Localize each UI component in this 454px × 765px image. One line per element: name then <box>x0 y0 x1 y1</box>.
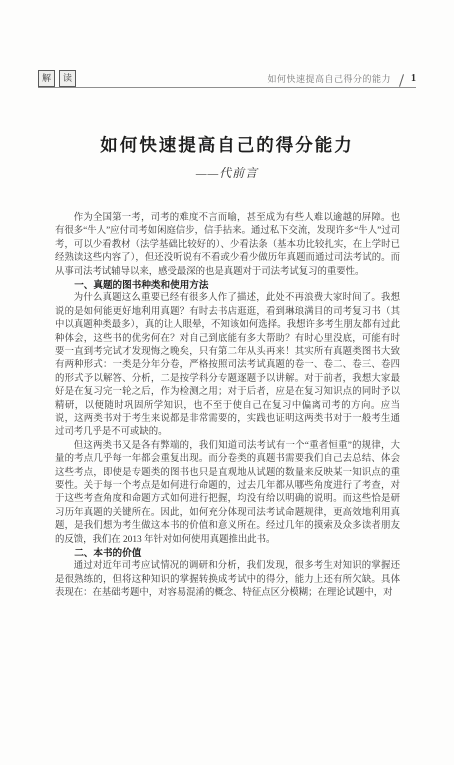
body-paragraph: 为什么真题这么重要已经有很多人作了描述，此处不再浪费大家时间了。我想说的是如何能… <box>55 292 400 439</box>
running-title: 如何快速提高自己得分的能力 <box>267 72 391 85</box>
tag-box-jie: 解 <box>38 70 55 87</box>
body-paragraph: 但这两类书又是各有弊端的，我们知道司法考试有一个“重者恒重”的规律，大量的考点几… <box>55 440 400 547</box>
document-title: 如何快速提高自己的得分能力 <box>0 135 454 157</box>
body-paragraph: 作为全国第一考，司考的难度不言而喻，甚至成为有些人难以逾越的屏障。也有很多“牛人… <box>55 212 400 279</box>
header-tags: 解 读 <box>38 70 76 85</box>
page-header: 解 读 如何快速提高自己得分的能力 1 <box>38 70 416 88</box>
document-subtitle: ——代前言 <box>0 164 454 181</box>
page-number-divider <box>399 74 404 87</box>
body: 作为全国第一考，司考的难度不言而喻，甚至成为有些人难以逾越的屏障。也有很多“牛人… <box>0 212 454 601</box>
section-heading: 二、本书的价值 <box>55 547 400 560</box>
header-right: 如何快速提高自己得分的能力 1 <box>267 72 416 85</box>
tag-box-du: 读 <box>59 70 76 87</box>
body-paragraph: 通过对近年司考应试情况的调研和分析，我们发现，很多考生对知识的掌握还是很熟练的，… <box>55 560 400 600</box>
page-number: 1 <box>411 74 416 84</box>
section-heading: 一、真题的图书种类和使用方法 <box>55 279 400 292</box>
book-page: 解 读 如何快速提高自己得分的能力 1 如何快速提高自己的得分能力 ——代前言 … <box>0 0 454 765</box>
